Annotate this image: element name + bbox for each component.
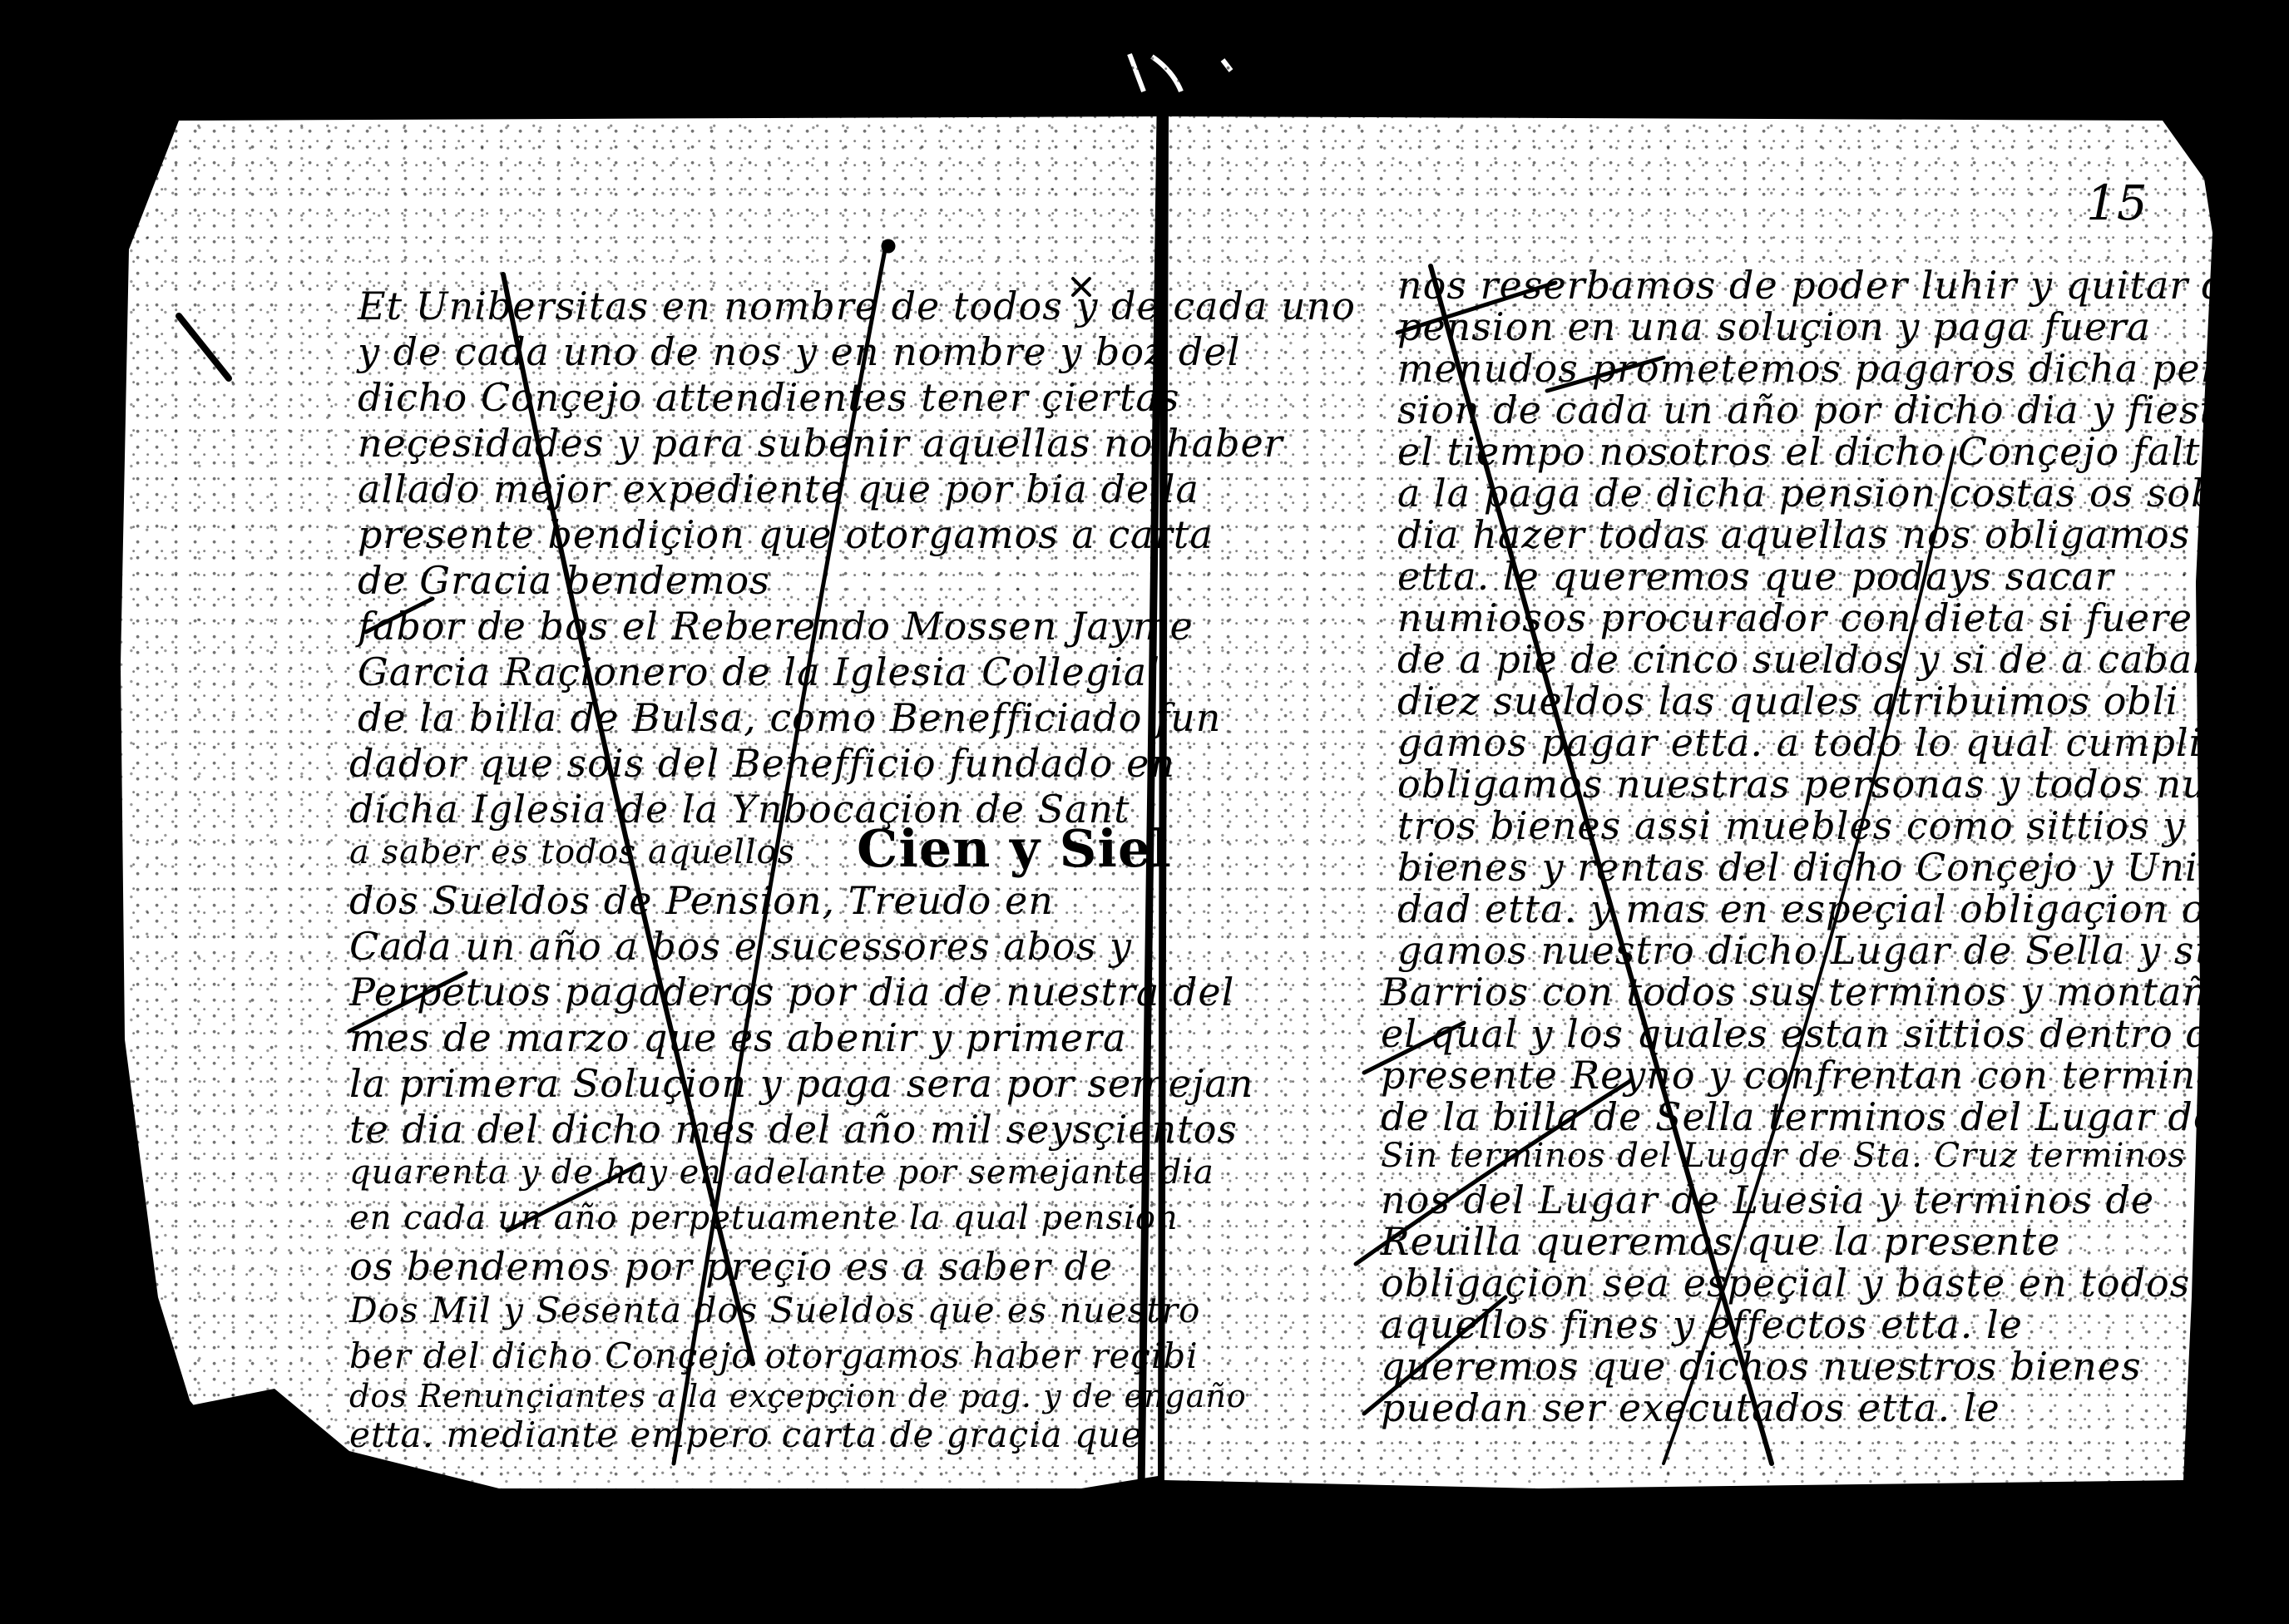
text-line: menudos prometemos pagaros dicha pen [1397,349,2226,387]
text-line: tros bienes assi muebles como sittios y … [1397,807,2256,845]
text-line: fabor de bos el Reberendo Mossen Jayme [358,607,1194,645]
text-line: Perpetuos pagaderos por dia de nuestra d… [349,973,1234,1011]
text-line: presente Reyno y confrentan con terminos [1381,1056,2241,1094]
text-line: puedan ser executados etta. le [1381,1389,2000,1427]
text-line: dicho Conçejo attendientes tener çiertas [358,378,1180,417]
text-line: ber del dicho Conçejo otorgamos haber re… [349,1339,1199,1374]
text-line: Cada un año a bos e sucessores abos y [349,927,1132,965]
emphasized-amount: Cien y Siel [857,823,1172,875]
text-line: mes de marzo que es abenir y primera [349,1019,1126,1057]
text-line: sion de cada un año por dicho dia y fies… [1397,391,2239,429]
text-line: a saber es todos aquellos [349,836,795,869]
text-line: gamos nuestro dicho Lugar de Sella y sus [1397,931,2241,970]
text-line: etta. le queremos que podays sacar [1397,557,2114,595]
text-line: dos Sueldos de Pension, Treudo en [349,881,1054,920]
text-line: Garcia Raçionero de la Iglesia Collegial [358,653,1160,691]
text-line: presente bendiçion que otorgamos a carta [358,516,1214,554]
text-line: allado mejor expediente que por bia de l… [358,470,1199,508]
text-line: en cada un año perpetuamente la qual pen… [349,1202,1179,1235]
text-line: etta. mediante empero carta de graçia qu… [349,1418,1143,1453]
text-line: Et Unibersitas en nombre de todos y de c… [358,287,1356,325]
folio-number: 15 [2086,175,2148,231]
text-line: y de cada uno de nos y en nombre y boz d… [358,333,1240,371]
text-line: queremos que dichos nuestros bienes [1381,1347,2142,1385]
text-line: el tiempo nosotros el dicho Conçejo falt… [1397,432,2243,471]
text-line: obligamos nuestras personas y todos nues [1397,765,2252,803]
text-line: dia hazer todas aquellas nos obligamos [1397,516,2190,554]
text-line: pension en una soluçion y paga fuera [1397,308,2151,346]
text-line: Sin terminos del Lugar de Sta. Cruz term… [1381,1139,2186,1172]
text-line: de la billa de Sella terminos del Lugar … [1381,1098,2217,1136]
text-line: dad etta. y mas en espeçial obligaçion o… [1397,890,2257,928]
text-line: dos Renunçiantes a la exçepçion de pag. … [349,1380,1247,1412]
text-line: neçesidades y para subenir aquellas no h… [358,424,1283,462]
text-line: diez sueldos las quales atribuimos obli [1397,682,2178,720]
text-line: gamos pagar etta. a todo lo qual cumplir [1397,723,2221,762]
text-line: nos reserbamos de poder luhir y quitar d… [1397,266,2289,304]
text-line: Reuilla queremos que la presente [1381,1222,2060,1261]
text-line: Barrios con todos sus terminos y montaña… [1381,973,2252,1011]
manuscript-scan: 15 Et Unibersitas en nombre de todos y d… [0,0,2289,1624]
text-line: os bendemos por preçio es a saber de [349,1247,1113,1286]
text-line: de la billa de Bulsa, como Benefficiado … [358,698,1221,737]
text-line: de a pie de cinco sueldos y si de a caba… [1397,640,2289,679]
text-line: obligaçion sea espeçial y baste en todos [1381,1264,2190,1302]
text-line: Dos Mil y Sesenta dos Sueldos que es nue… [349,1293,1200,1328]
text-line: numiosos procurador con dieta si fuere [1397,599,2193,637]
text-line: aquellos fines y effectos etta. le [1381,1306,2023,1344]
text-line: el qual y los quales estan sittios dentr… [1381,1014,2248,1053]
text-line: nos del Lugar de Luesia y terminos de [1381,1181,2154,1219]
text-line: de Gracia bendemos [358,561,770,600]
text-line: dador que sois del Benefficio fundado en [349,744,1175,782]
text-line: la primera Soluçion y paga sera por seme… [349,1064,1253,1103]
text-line: quarenta y de hay en adelante por semeja… [349,1156,1214,1189]
text-line: bienes y rentas del dicho Conçejo y Univ… [1397,848,2289,886]
text-line: a la paga de dicha pension costas os sob… [1397,474,2284,512]
text-line: te dia del dicho mes del año mil seysçie… [349,1110,1238,1148]
